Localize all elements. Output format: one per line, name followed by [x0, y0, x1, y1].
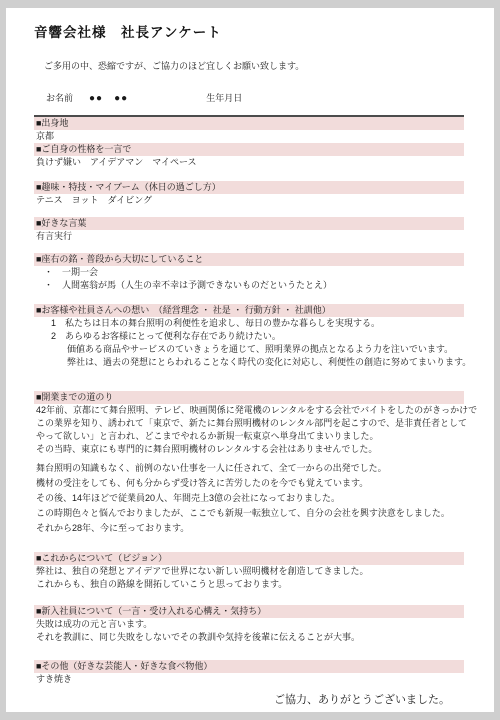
section-line: 機材の受注をしても、何も分からず受け答えに苦労したのを今でも覚えています。 — [34, 477, 464, 490]
section-birthplace: ■出身地 京都 — [34, 117, 464, 143]
section-heading: ■新入社員について（一言・受け入れる心構え・気持ち） — [34, 605, 464, 618]
section-line: これからも、独自の路線を開拓していこうと思っております。 — [34, 578, 464, 591]
section-history: ■開業までの道のり 42年前、京都にて舞台照明、テレビ、映画関係に発電機のレンタ… — [34, 391, 464, 535]
section-line: この時期色々と悩んでおりましたが、ここでも新規一転独立して、自分の会社を興す決意… — [34, 507, 464, 520]
section-line: すき焼き — [34, 673, 464, 686]
section-heading: ■これからについて（ビジョン） — [34, 552, 464, 565]
section-line: やって欲しい」と言われ、どこまでやれるか新規一転東京へ単身出てまいりました。 — [34, 430, 464, 443]
document-page: 音響会社様 社長アンケート ご多用の中、恐縮ですが、ご協力のほど宜しくお願い致し… — [6, 8, 494, 712]
document-content: 音響会社様 社長アンケート ご多用の中、恐縮ですが、ご協力のほど宜しくお願い致し… — [6, 8, 494, 708]
page-title: 音響会社様 社長アンケート — [34, 26, 464, 39]
name-label: お名前 — [46, 92, 73, 105]
section-line: 弊社は、独自の発想とアイデアで世界にない新しい照明機材を創造してきました。 — [34, 565, 464, 578]
section-line: 2 あらゆるお客様にとって便利な存在であり続けたい。 — [34, 330, 464, 343]
section-favorite-words: ■好きな言葉 有言実行 — [34, 217, 464, 243]
section-heading: ■その他（好きな芸能人・好きな食べ物他） — [34, 660, 464, 673]
section-heading: ■開業までの道のり — [34, 391, 464, 404]
section-line: 京都 — [34, 130, 464, 143]
section-line: その後、14年ほどで従業員20人、年間売上3億の会社になっておりました。 — [34, 492, 464, 505]
section-hobby: ■趣味・特技・マイブーム（休日の過ごし方） テニス ヨット ダイビング — [34, 181, 464, 207]
section-line: 1 私たちは日本の舞台照明の利便性を追求し、毎日の豊かな暮らしを実現する。 — [34, 317, 464, 330]
section-line: 負けず嫌い アイデアマン マイペース — [34, 156, 464, 169]
section-philosophy: ■お客様や社員さんへの想い （経営理念 ・ 社是 ・ 行動方針 ・ 社訓他） 1… — [34, 304, 464, 369]
section-line: テニス ヨット ダイビング — [34, 194, 464, 207]
section-line: それから28年、今に至っております。 — [34, 522, 464, 535]
section-line: 舞台照明の知識もなく、前例のない仕事を一人に任されて、全て一からの出発でした。 — [34, 462, 464, 475]
name-value: ●● ●● — [89, 92, 128, 105]
section-heading: ■ご自身の性格を一言で — [34, 143, 464, 156]
section-line: 価値ある商品やサービスのていきょうを通じて、照明業界の拠点となるよう力を注いでい… — [34, 343, 464, 356]
section-line: 弊社は、過去の発想にとらわれることなく時代の変化に対応し、利便性の創造に努めてま… — [34, 356, 464, 369]
section-heading: ■お客様や社員さんへの想い （経営理念 ・ 社是 ・ 行動方針 ・ 社訓他） — [34, 304, 464, 317]
section-line: 失敗は成功の元と言います。 — [34, 618, 464, 631]
section-line: その当時、東京にも専門的に舞台照明機材のレンタルする会社はありませんでした。 — [34, 443, 464, 456]
section-line: ・ 一期一会 — [34, 266, 464, 279]
section-new-employees: ■新入社員について（一言・受け入れる心構え・気持ち） 失敗は成功の元と言います。… — [34, 605, 464, 644]
birthdate-label: 生年月日 — [206, 92, 242, 105]
section-line: 有言実行 — [34, 230, 464, 243]
section-personality: ■ご自身の性格を一言で 負けず嫌い アイデアマン マイペース — [34, 143, 464, 169]
closing-text: ご協力、ありがとうございました。 — [34, 693, 450, 708]
section-other: ■その他（好きな芸能人・好きな食べ物他） すき焼き — [34, 660, 464, 686]
greeting-text: ご多用の中、恐縮ですが、ご協力のほど宜しくお願い致します。 — [44, 60, 464, 73]
section-line: この業界を知り、誘われて「東京で、新たに舞台照明機材のレンタル部門を起こすので、… — [34, 417, 464, 430]
section-line: 42年前、京都にて舞台照明、テレビ、映画関係に発電機のレンタルをする会社でバイト… — [34, 404, 464, 417]
section-vision: ■これからについて（ビジョン） 弊社は、独自の発想とアイデアで世界にない新しい照… — [34, 552, 464, 591]
profile-row: お名前 ●● ●● 生年月日 — [34, 92, 464, 117]
section-heading: ■趣味・特技・マイブーム（休日の過ごし方） — [34, 181, 464, 194]
section-motto: ■座右の銘・普段から大切にしていること ・ 一期一会 ・ 人間塞翁が馬（人生の幸… — [34, 253, 464, 292]
section-line: ・ 人間塞翁が馬（人生の幸不幸は予測できないものだというたとえ） — [34, 279, 464, 292]
section-line: それを教訓に、同じ失敗をしないでその教訓や気持を後輩に伝えることが大事。 — [34, 631, 464, 644]
section-heading: ■好きな言葉 — [34, 217, 464, 230]
section-heading: ■出身地 — [34, 117, 464, 130]
section-heading: ■座右の銘・普段から大切にしていること — [34, 253, 464, 266]
